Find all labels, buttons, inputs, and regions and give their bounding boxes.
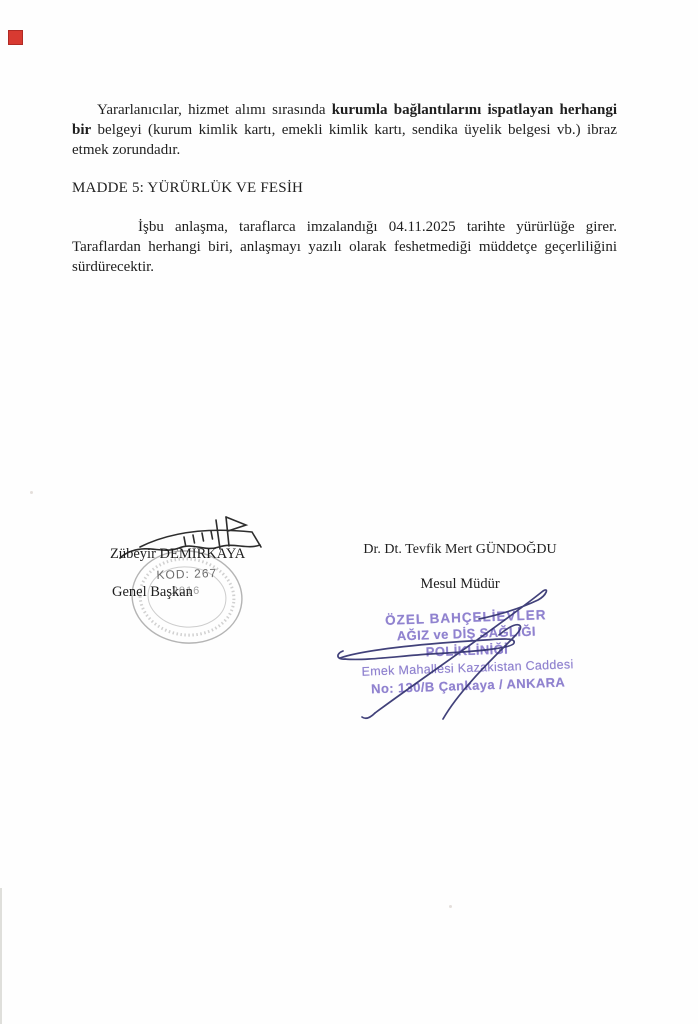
paragraph-validity: İşbu anlaşma, taraflarca imzalandığı 04.… [72, 217, 617, 277]
signatory-right-name: Dr. Dt. Tevfik Mert GÜNDOĞDU [358, 542, 562, 558]
document-body: Yararlanıcılar, hizmet alımı sırasında k… [72, 100, 617, 277]
red-scan-mark [8, 30, 23, 45]
scan-speck [30, 491, 33, 494]
article-heading: MADDE 5: YÜRÜRLÜK VE FESİH [72, 178, 617, 198]
scan-speck [449, 905, 452, 908]
document-page: Yararlanıcılar, hizmet alımı sırasında k… [0, 0, 698, 1024]
stamp-code-text: KOD: 267 [156, 566, 217, 582]
signatory-left-name: Zübeyir DEMİRKAYA [110, 546, 245, 563]
paragraph-lead: Yararlanıcılar, hizmet alımı sırasında [97, 102, 332, 118]
page-edge-line [0, 888, 2, 1024]
signatory-left-title: Genel Başkan [112, 584, 193, 601]
paragraph-beneficiaries: Yararlanıcılar, hizmet alımı sırasında k… [72, 100, 617, 160]
clinic-stamp: ÖZEL BAHÇELİEVLER AĞIZ ve DİŞ SAĞLIĞI PO… [357, 606, 578, 698]
signatory-right-title: Mesul Müdür [358, 576, 562, 593]
paragraph-rest: belgeyi (kurum kimlik kartı, emekli kiml… [72, 122, 617, 158]
